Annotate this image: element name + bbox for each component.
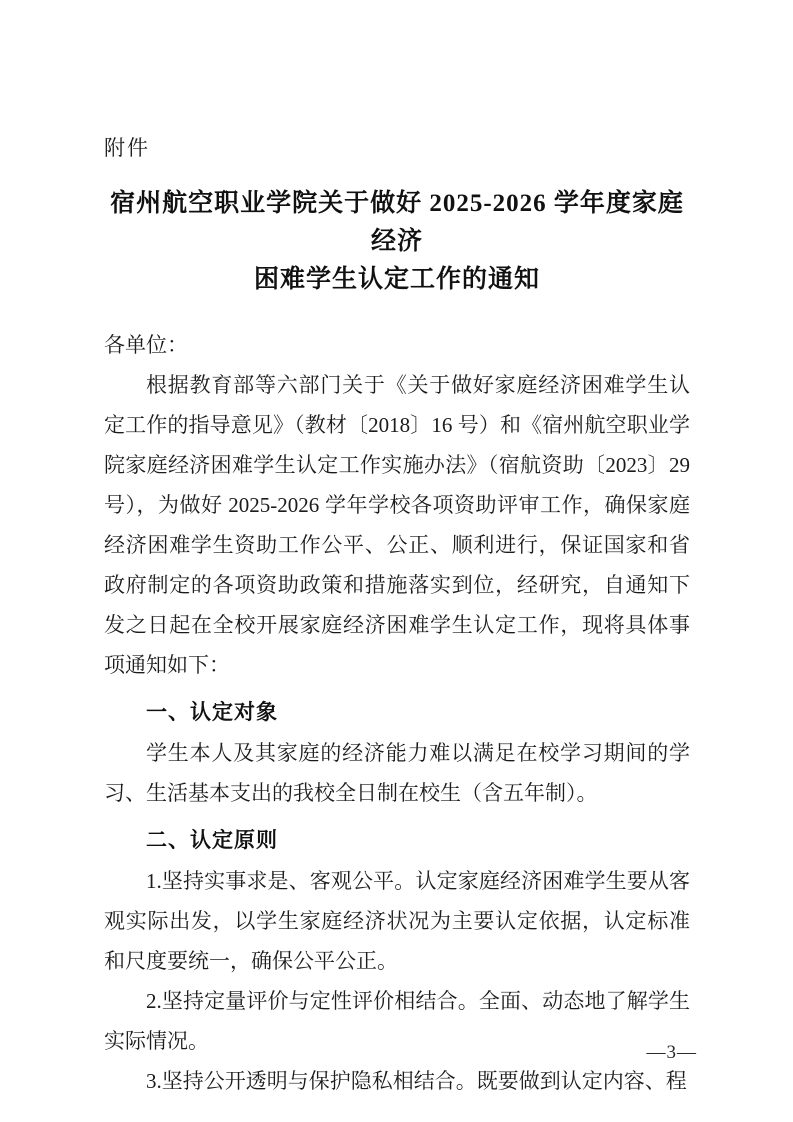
page-number: —3— xyxy=(647,1042,698,1064)
document-content: 附件 宿州航空职业学院关于做好 2025-2026 学年度家庭经济 困难学生认定… xyxy=(104,133,690,1101)
attachment-label: 附件 xyxy=(104,133,690,163)
intro-paragraph: 根据教育部等六部门关于《关于做好家庭经济困难学生认定工作的指导意见》（教材〔20… xyxy=(104,365,690,685)
document-title: 宿州航空职业学院关于做好 2025-2026 学年度家庭经济 困难学生认定工作的… xyxy=(104,185,690,299)
section-2-paragraph-3: 3.坚持公开透明与保护隐私相结合。既要做到认定内容、程 xyxy=(104,1061,690,1101)
document-page: 附件 宿州航空职业学院关于做好 2025-2026 学年度家庭经济 困难学生认定… xyxy=(0,0,793,1122)
section-heading-2: 二、认定原则 xyxy=(104,821,690,861)
document-title-line-1: 宿州航空职业学院关于做好 2025-2026 学年度家庭经济 xyxy=(104,185,690,261)
salutation: 各单位： xyxy=(104,325,690,365)
section-1-paragraph-1: 学生本人及其家庭的经济能力难以满足在校学习期间的学习、生活基本支出的我校全日制在… xyxy=(104,733,690,813)
section-2-paragraph-1: 1.坚持实事求是、客观公平。认定家庭经济困难学生要从客观实际出发，以学生家庭经济… xyxy=(104,861,690,981)
document-title-line-2: 困难学生认定工作的通知 xyxy=(104,261,690,299)
section-heading-1: 一、认定对象 xyxy=(104,693,690,733)
section-2-paragraph-2: 2.坚持定量评价与定性评价相结合。全面、动态地了解学生实际情况。 xyxy=(104,981,690,1061)
